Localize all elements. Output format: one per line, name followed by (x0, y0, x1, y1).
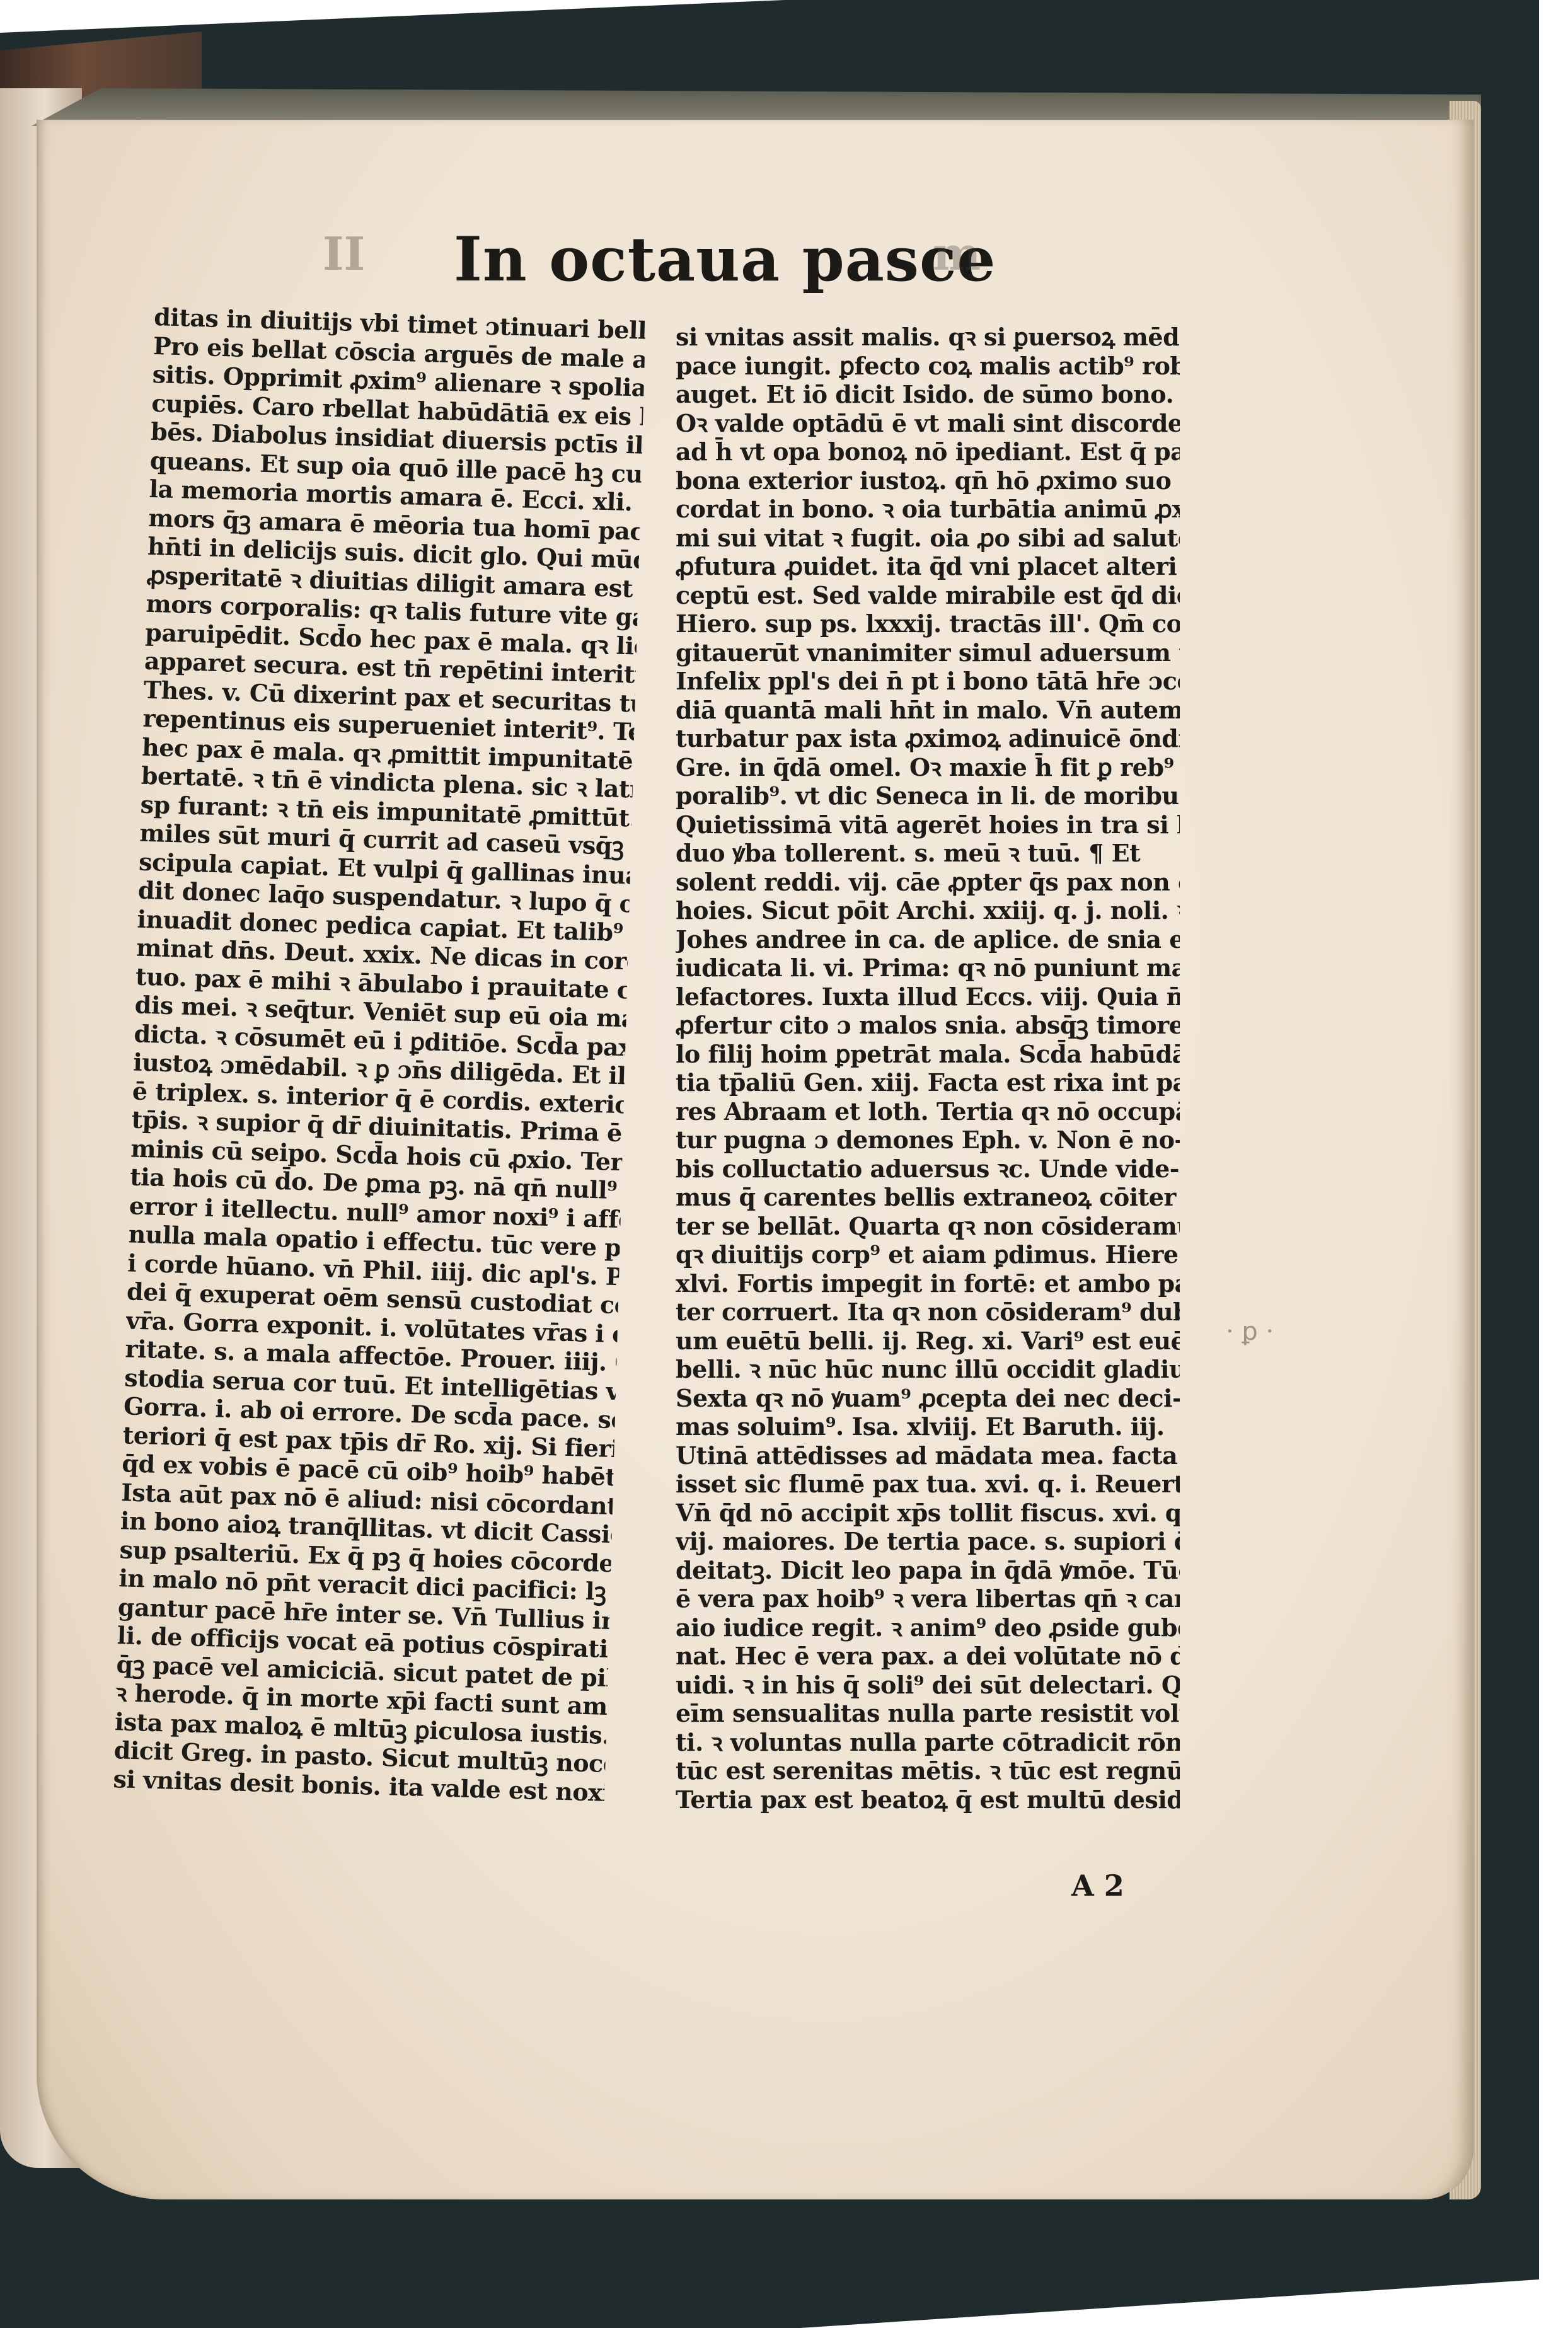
text-line: poralib⁹. vt dic Seneca in li. de moribu… (676, 781, 1180, 810)
text-line: si vnitas assit malis. qꝛ si ꝑuersoꝝ mēd… (676, 323, 1180, 352)
text-line: Vn̄ q̄d nō accipit xp̄s tollit fiscus. x… (676, 1499, 1180, 1528)
text-column-left: ditas in diuitijs vbi timet ɔtinuari bel… (113, 303, 646, 1807)
text-line: Gre. in q̄dā omel. Oꝛ maxie h̄ fit ꝑ reb… (676, 753, 1180, 782)
scan-border-right (1539, 0, 1568, 2328)
text-line: mus q̄ carentes bellis extraneoꝝ cōiter … (676, 1183, 1180, 1212)
text-line: uidi. ꝛ in his q̄ soli⁹ dei sūt delectar… (676, 1671, 1180, 1700)
text-line: Quietissimā vitā agerēt hoies in tra si … (676, 810, 1180, 839)
margin-mark: · ꝑ · (1226, 1317, 1274, 1346)
text-line: bis colluctatio aduersus ꝛc. Unde vide- (676, 1155, 1180, 1184)
text-column-right: si vnitas assit malis. qꝛ si ꝑuersoꝝ mēd… (676, 323, 1180, 1814)
text-line: tūc est serenitas mētis. ꝛ tūc est regnū… (676, 1756, 1180, 1785)
text-line: deitatꝫ. Dicit leo papa in q̄dā ꝟmōe. Tū… (676, 1556, 1180, 1585)
text-line: ter corruert. Ita qꝛ non cōsideram⁹ dubi (676, 1298, 1180, 1327)
text-line: turbatur pax ista ꝓximoꝝ adinuicē ōndit (676, 724, 1180, 753)
signature-mark: A 2 (1071, 1869, 1124, 1903)
text-line: duo ꝟba tollerent. s. meū ꝛ tuū. ¶ Et (676, 839, 1180, 868)
text-line: iudicata li. vi. Prima: qꝛ nō puniunt ma… (676, 954, 1180, 982)
text-line: belli. ꝛ nūc hūc nunc illū occidit gladi… (676, 1355, 1180, 1384)
text-line: mi sui vitat ꝛ fugit. oia ꝓo sibi ad sal… (676, 524, 1180, 553)
text-line: xlvi. Fortis impegit in fortē: et ambo p… (676, 1269, 1180, 1298)
text-line: ti. ꝛ voluntas nulla parte cōtradicit rō… (676, 1728, 1180, 1757)
text-line: Oꝛ valde optādū ē vt mali sint discordes (676, 409, 1180, 438)
text-line: Utinā attēdisses ad mādata mea. facta fu (676, 1441, 1180, 1470)
running-head-ghost-left: II (323, 227, 365, 280)
text-line: hoies. Sicut pōit Archi. xxiij. q. j. no… (676, 896, 1180, 925)
text-line: gitauerūt vnanimiter simul aduersum te. (676, 638, 1180, 667)
text-line: aio iudice regit. ꝛ anim⁹ deo ꝓside gube… (676, 1613, 1180, 1642)
text-line: isset sic flumē pax tua. xvi. q. i. Reue… (676, 1470, 1180, 1499)
text-line: ad h̄ vt opa bonoꝝ nō ipediant. Est q̄ p… (676, 437, 1180, 466)
text-line: ceptū est. Sed valde mirabile est q̄d di… (676, 581, 1180, 610)
text-line: solent reddi. vij. cāe ꝓpter q̄s pax non… (676, 868, 1180, 897)
text-line: tia tp̄aliū Gen. xiij. Facta est rixa in… (676, 1068, 1180, 1097)
text-line: ꝓfutura ꝓuidet. ita q̄d vni placet alter… (676, 552, 1180, 581)
text-line: qꝛ diuitijs corp⁹ et aiam ꝑdimus. Hiere. (676, 1240, 1180, 1269)
text-line: tur pugna ɔ demones Eph. v. Non ē no- (676, 1126, 1180, 1155)
text-line: auget. Et iō dicit Isido. de sūmo bono. (676, 380, 1180, 409)
text-line: Infelix ppl's dei n̄ pt i bono tātā hr̄e… (676, 667, 1180, 696)
text-line: Johes andree in ca. de aplice. de snia e… (676, 925, 1180, 954)
text-line: bona exterior iustoꝝ. qn̄ hō ꝓximo suo c… (676, 466, 1180, 495)
text-line: pace iungit. ꝑfecto coꝝ malis actib⁹ rob… (676, 352, 1180, 381)
text-line: res Abraam et loth. Tertia qꝛ nō occupā (676, 1097, 1180, 1126)
text-line: vij. maiores. De tertia pace. s. supiori… (676, 1527, 1180, 1556)
text-line: cordat in bono. ꝛ oia turbātia animū ꝓxi… (676, 495, 1180, 524)
text-line: nat. Hec ē vera pax. a dei volūtate nō d… (676, 1642, 1180, 1671)
text-line: diā quantā mali hn̄t in malo. Vn̄ autem (676, 696, 1180, 725)
text-line: eīm sensualitas nulla parte resistit vol… (676, 1699, 1180, 1728)
text-line: lo filij hoim ꝑpetrāt mala. Scd̄a habūdā (676, 1040, 1180, 1069)
running-head-title: In octaua pasce (454, 224, 996, 295)
text-line: Hiero. sup ps. lxxxij. tractās ill'. Qm̄… (676, 609, 1180, 638)
text-line: Tertia pax est beatoꝝ q̄ est multū desid… (676, 1785, 1180, 1814)
text-line: um euētū belli. ij. Reg. xi. Vari⁹ est e… (676, 1327, 1180, 1356)
text-line: Sexta qꝛ nō ꝟuam⁹ ꝓcepta dei nec deci- (676, 1384, 1180, 1413)
text-line: mas soluim⁹. Isa. xlviij. Et Baruth. iij… (676, 1412, 1180, 1441)
text-line: lefactores. Iuxta illud Eccs. viij. Quia… (676, 982, 1180, 1011)
text-line: ter se bellāt. Quarta qꝛ non cōsideramus (676, 1212, 1180, 1241)
text-line: ꝓfertur cito ɔ malos snia. absq̄ꝫ timore… (676, 1011, 1180, 1040)
text-line: ē vera pax hoib⁹ ꝛ vera libertas qn̄ ꝛ c… (676, 1584, 1180, 1613)
running-head-ghost-right: m (933, 227, 981, 280)
